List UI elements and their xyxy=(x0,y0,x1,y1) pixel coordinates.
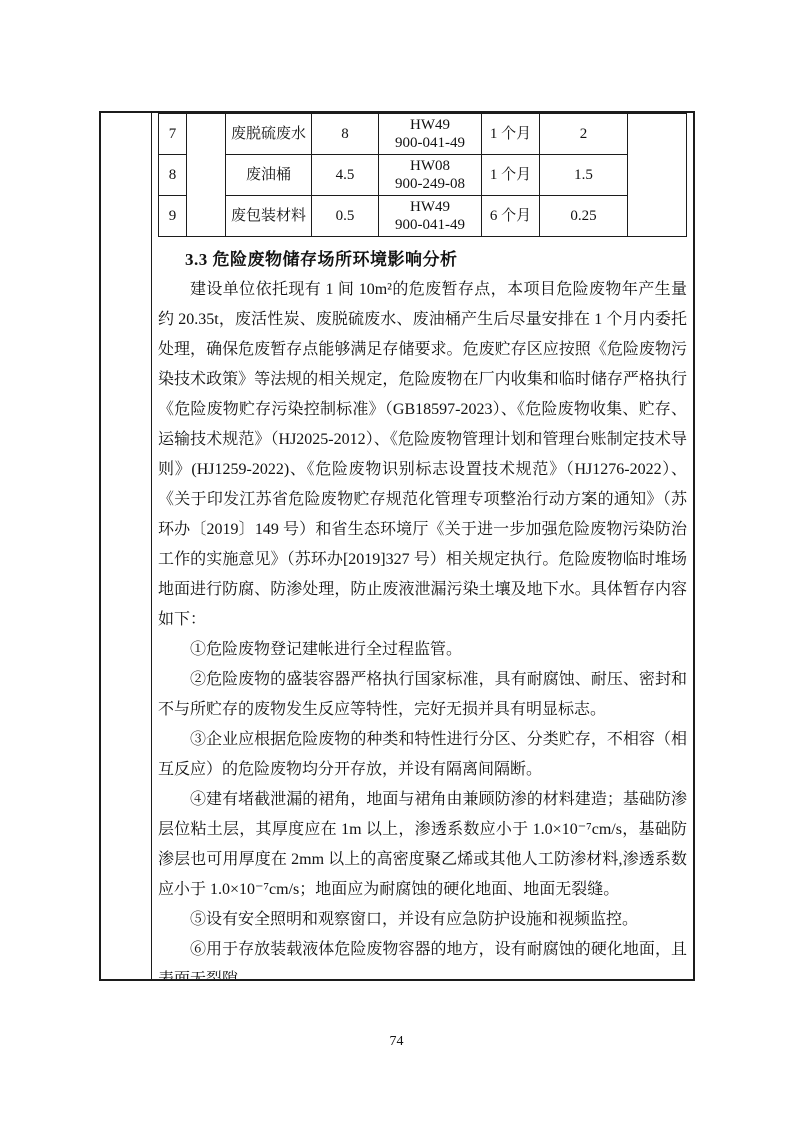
paragraph-item-2: ②危险废物的盛装容器严格执行国家标准，具有耐腐蚀、耐压、密封和不与所贮存的废物发… xyxy=(158,665,687,725)
form-content-cell: 7 废脱硫废水 8 HW49 900-041-49 1 个月 2 8 废油桶 4… xyxy=(152,113,693,979)
paragraph-item-4: ④建有堵截泄漏的裙角，地面与裙角由兼顾防渗的材料建造；基础防渗层位粘土层，其厚度… xyxy=(158,785,687,905)
max-storage: 1.5 xyxy=(540,155,628,196)
waste-code: HW49 900-041-49 xyxy=(379,114,482,155)
waste-quantity: 0.5 xyxy=(312,196,379,237)
section-heading: 3.3 危险废物储存场所环境影响分析 xyxy=(158,245,687,275)
waste-row-number: 8 xyxy=(159,155,187,196)
paragraph-item-6: ⑥用于存放装载液体危险废物容器的地方，设有耐腐蚀的硬化地面，且表面无裂隙。 xyxy=(158,935,687,979)
storage-period: 6 个月 xyxy=(482,196,540,237)
table-row: 8 废油桶 4.5 HW08 900-249-08 1 个月 1.5 xyxy=(159,155,687,196)
table-row: 7 废脱硫废水 8 HW49 900-041-49 1 个月 2 xyxy=(159,114,687,155)
waste-code: HW49 900-041-49 xyxy=(379,196,482,237)
paragraph-item-1: ①危险废物登记建帐进行全过程监管。 xyxy=(158,635,687,665)
waste-row-number: 9 xyxy=(159,196,187,237)
waste-quantity: 8 xyxy=(312,114,379,155)
table-empty-cell xyxy=(628,114,687,237)
paragraph-item-3: ③企业应根据危险废物的种类和特性进行分区、分类贮存，不相容（相互反应）的危险废物… xyxy=(158,725,687,785)
waste-row-number: 7 xyxy=(159,114,187,155)
page-number: 74 xyxy=(0,1034,793,1050)
storage-period: 1 个月 xyxy=(482,155,540,196)
waste-name: 废脱硫废水 xyxy=(226,114,312,155)
form-frame: 7 废脱硫废水 8 HW49 900-041-49 1 个月 2 8 废油桶 4… xyxy=(99,111,695,981)
waste-name: 废包装材料 xyxy=(226,196,312,237)
max-storage: 0.25 xyxy=(540,196,628,237)
hazardous-waste-table: 7 废脱硫废水 8 HW49 900-041-49 1 个月 2 8 废油桶 4… xyxy=(158,113,687,237)
waste-name: 废油桶 xyxy=(226,155,312,196)
paragraph-item-5: ⑤设有安全照明和观察窗口，并设有应急防护设施和视频监控。 xyxy=(158,905,687,935)
section-body: 建设单位依托现有 1 间 10m²的危废暂存点，本项目危险废物年产生量约 20.… xyxy=(158,275,687,979)
waste-quantity: 4.5 xyxy=(312,155,379,196)
max-storage: 2 xyxy=(540,114,628,155)
form-left-column xyxy=(101,113,152,979)
storage-period: 1 个月 xyxy=(482,114,540,155)
paragraph-intro: 建设单位依托现有 1 间 10m²的危废暂存点，本项目危险废物年产生量约 20.… xyxy=(158,275,687,635)
table-row: 9 废包装材料 0.5 HW49 900-041-49 6 个月 0.25 xyxy=(159,196,687,237)
waste-category-cell xyxy=(187,114,226,237)
waste-code: HW08 900-249-08 xyxy=(379,155,482,196)
